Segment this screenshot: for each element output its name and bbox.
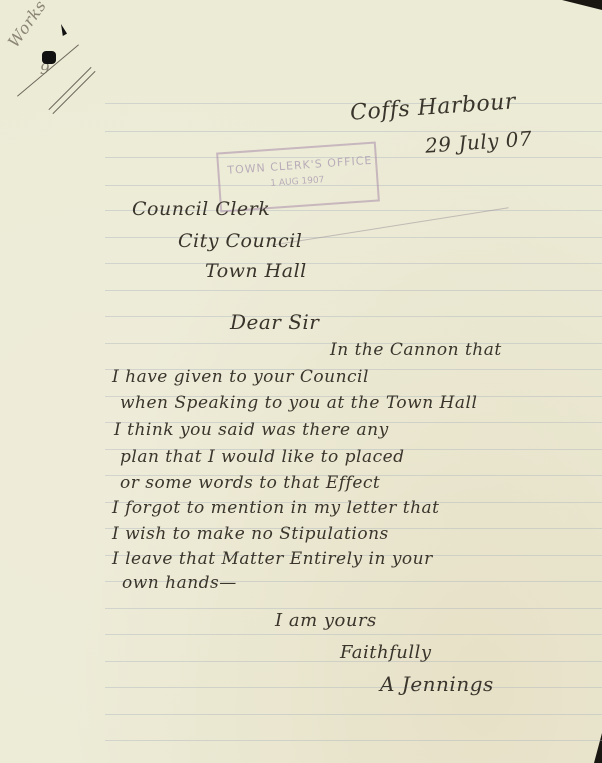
scan-edge: [562, 0, 602, 10]
ruled-line: [105, 714, 602, 715]
ruled-line: [105, 316, 602, 317]
body-line: or some words to that Effect: [120, 473, 380, 493]
body-line: In the Cannon that: [330, 340, 502, 360]
body-line: I leave that Matter Entirely in your: [112, 549, 433, 569]
ruled-line: [105, 263, 602, 264]
stamp-office: TOWN CLERK'S OFFICE: [227, 154, 373, 177]
closing-line-1: I am yours: [275, 610, 377, 631]
corner-annotation: Works: [4, 0, 50, 51]
ruled-line: [105, 687, 602, 688]
ink-blot: [42, 51, 56, 64]
body-line: I forgot to mention in my letter that: [112, 498, 440, 518]
stamp-stroke: [271, 207, 508, 246]
letter-place: Coffs Harbour: [349, 89, 516, 126]
scan-edge: [594, 733, 602, 763]
letter-page: Works 9 TOWN CLERK'S OFFICE 1 AUG 1907 C…: [0, 0, 602, 763]
closing-line-2: Faithfully: [340, 642, 432, 663]
ruled-line: [105, 740, 602, 741]
body-line: I think you said was there any: [114, 420, 389, 440]
annotation-stroke: [48, 67, 91, 110]
ruled-line: [105, 634, 602, 635]
body-line: I wish to make no Stipulations: [112, 524, 389, 544]
ruled-line: [105, 608, 602, 609]
addressee-line-2: City Council: [178, 230, 302, 252]
body-line: when Speaking to you at the Town Hall: [120, 393, 477, 413]
ink-mark: [61, 24, 67, 36]
body-line: own hands—: [122, 573, 237, 593]
ruled-line: [105, 290, 602, 291]
stamp-date: 1 AUG 1907: [270, 175, 325, 189]
salutation: Dear Sir: [230, 310, 319, 334]
body-line: plan that I would like to placed: [120, 447, 405, 467]
addressee-line-3: Town Hall: [205, 260, 307, 282]
annotation-stroke: [52, 71, 95, 114]
body-line: I have given to your Council: [112, 367, 369, 387]
signature: A Jennings: [380, 672, 494, 696]
addressee-line-1: Council Clerk: [132, 198, 270, 220]
